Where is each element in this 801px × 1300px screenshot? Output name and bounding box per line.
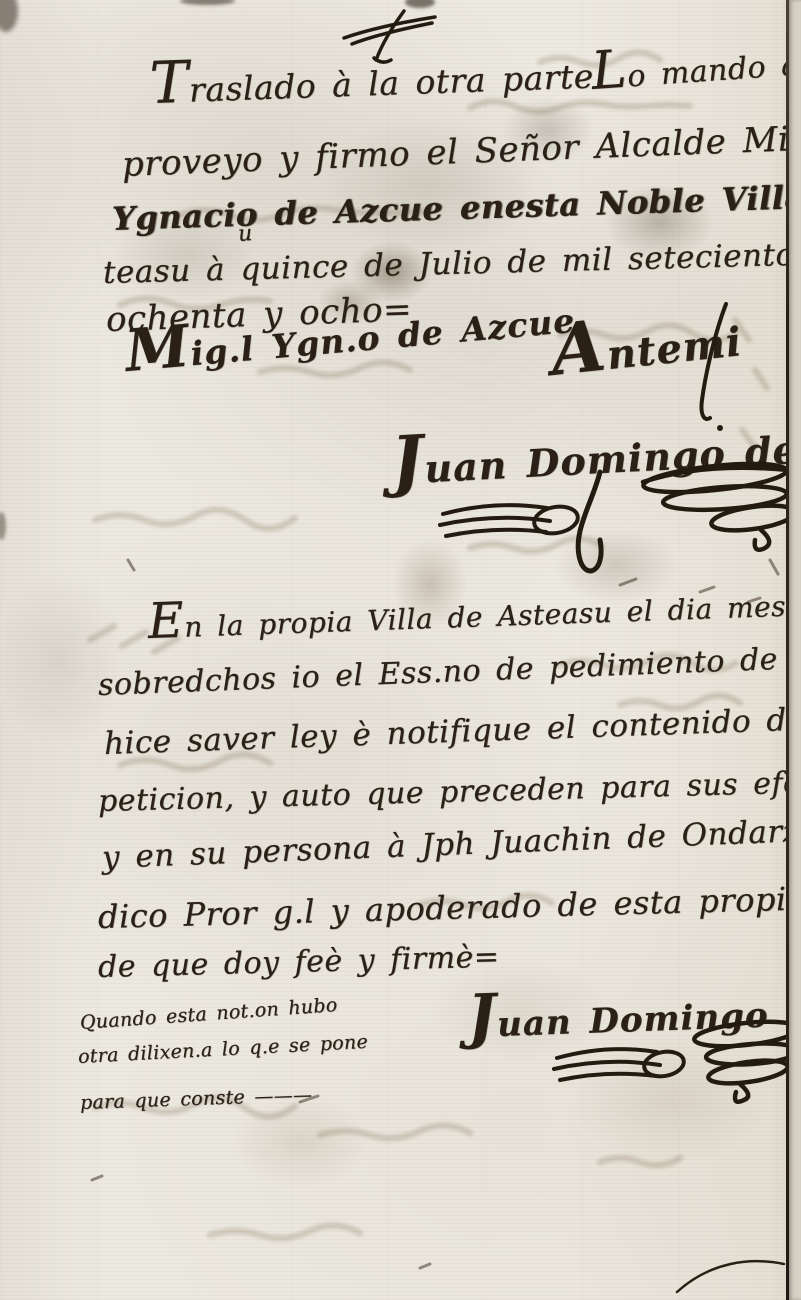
signature-rubric-hatch-2 (552, 1038, 692, 1098)
bottom-flourish (672, 1252, 787, 1297)
signature-rubric-cluster (633, 452, 798, 552)
adjacent-page-strip (789, 0, 801, 1300)
signature-descender-loop (548, 470, 618, 590)
interlinear-correction: u (237, 221, 253, 247)
invocation-cross-icon (332, 8, 437, 63)
manuscript-page: Traslado à la otra parte. Lo mando asi p… (0, 0, 801, 1300)
signature-rubric-cluster-2 (688, 1012, 801, 1107)
ante-mi-flourish (688, 300, 733, 435)
